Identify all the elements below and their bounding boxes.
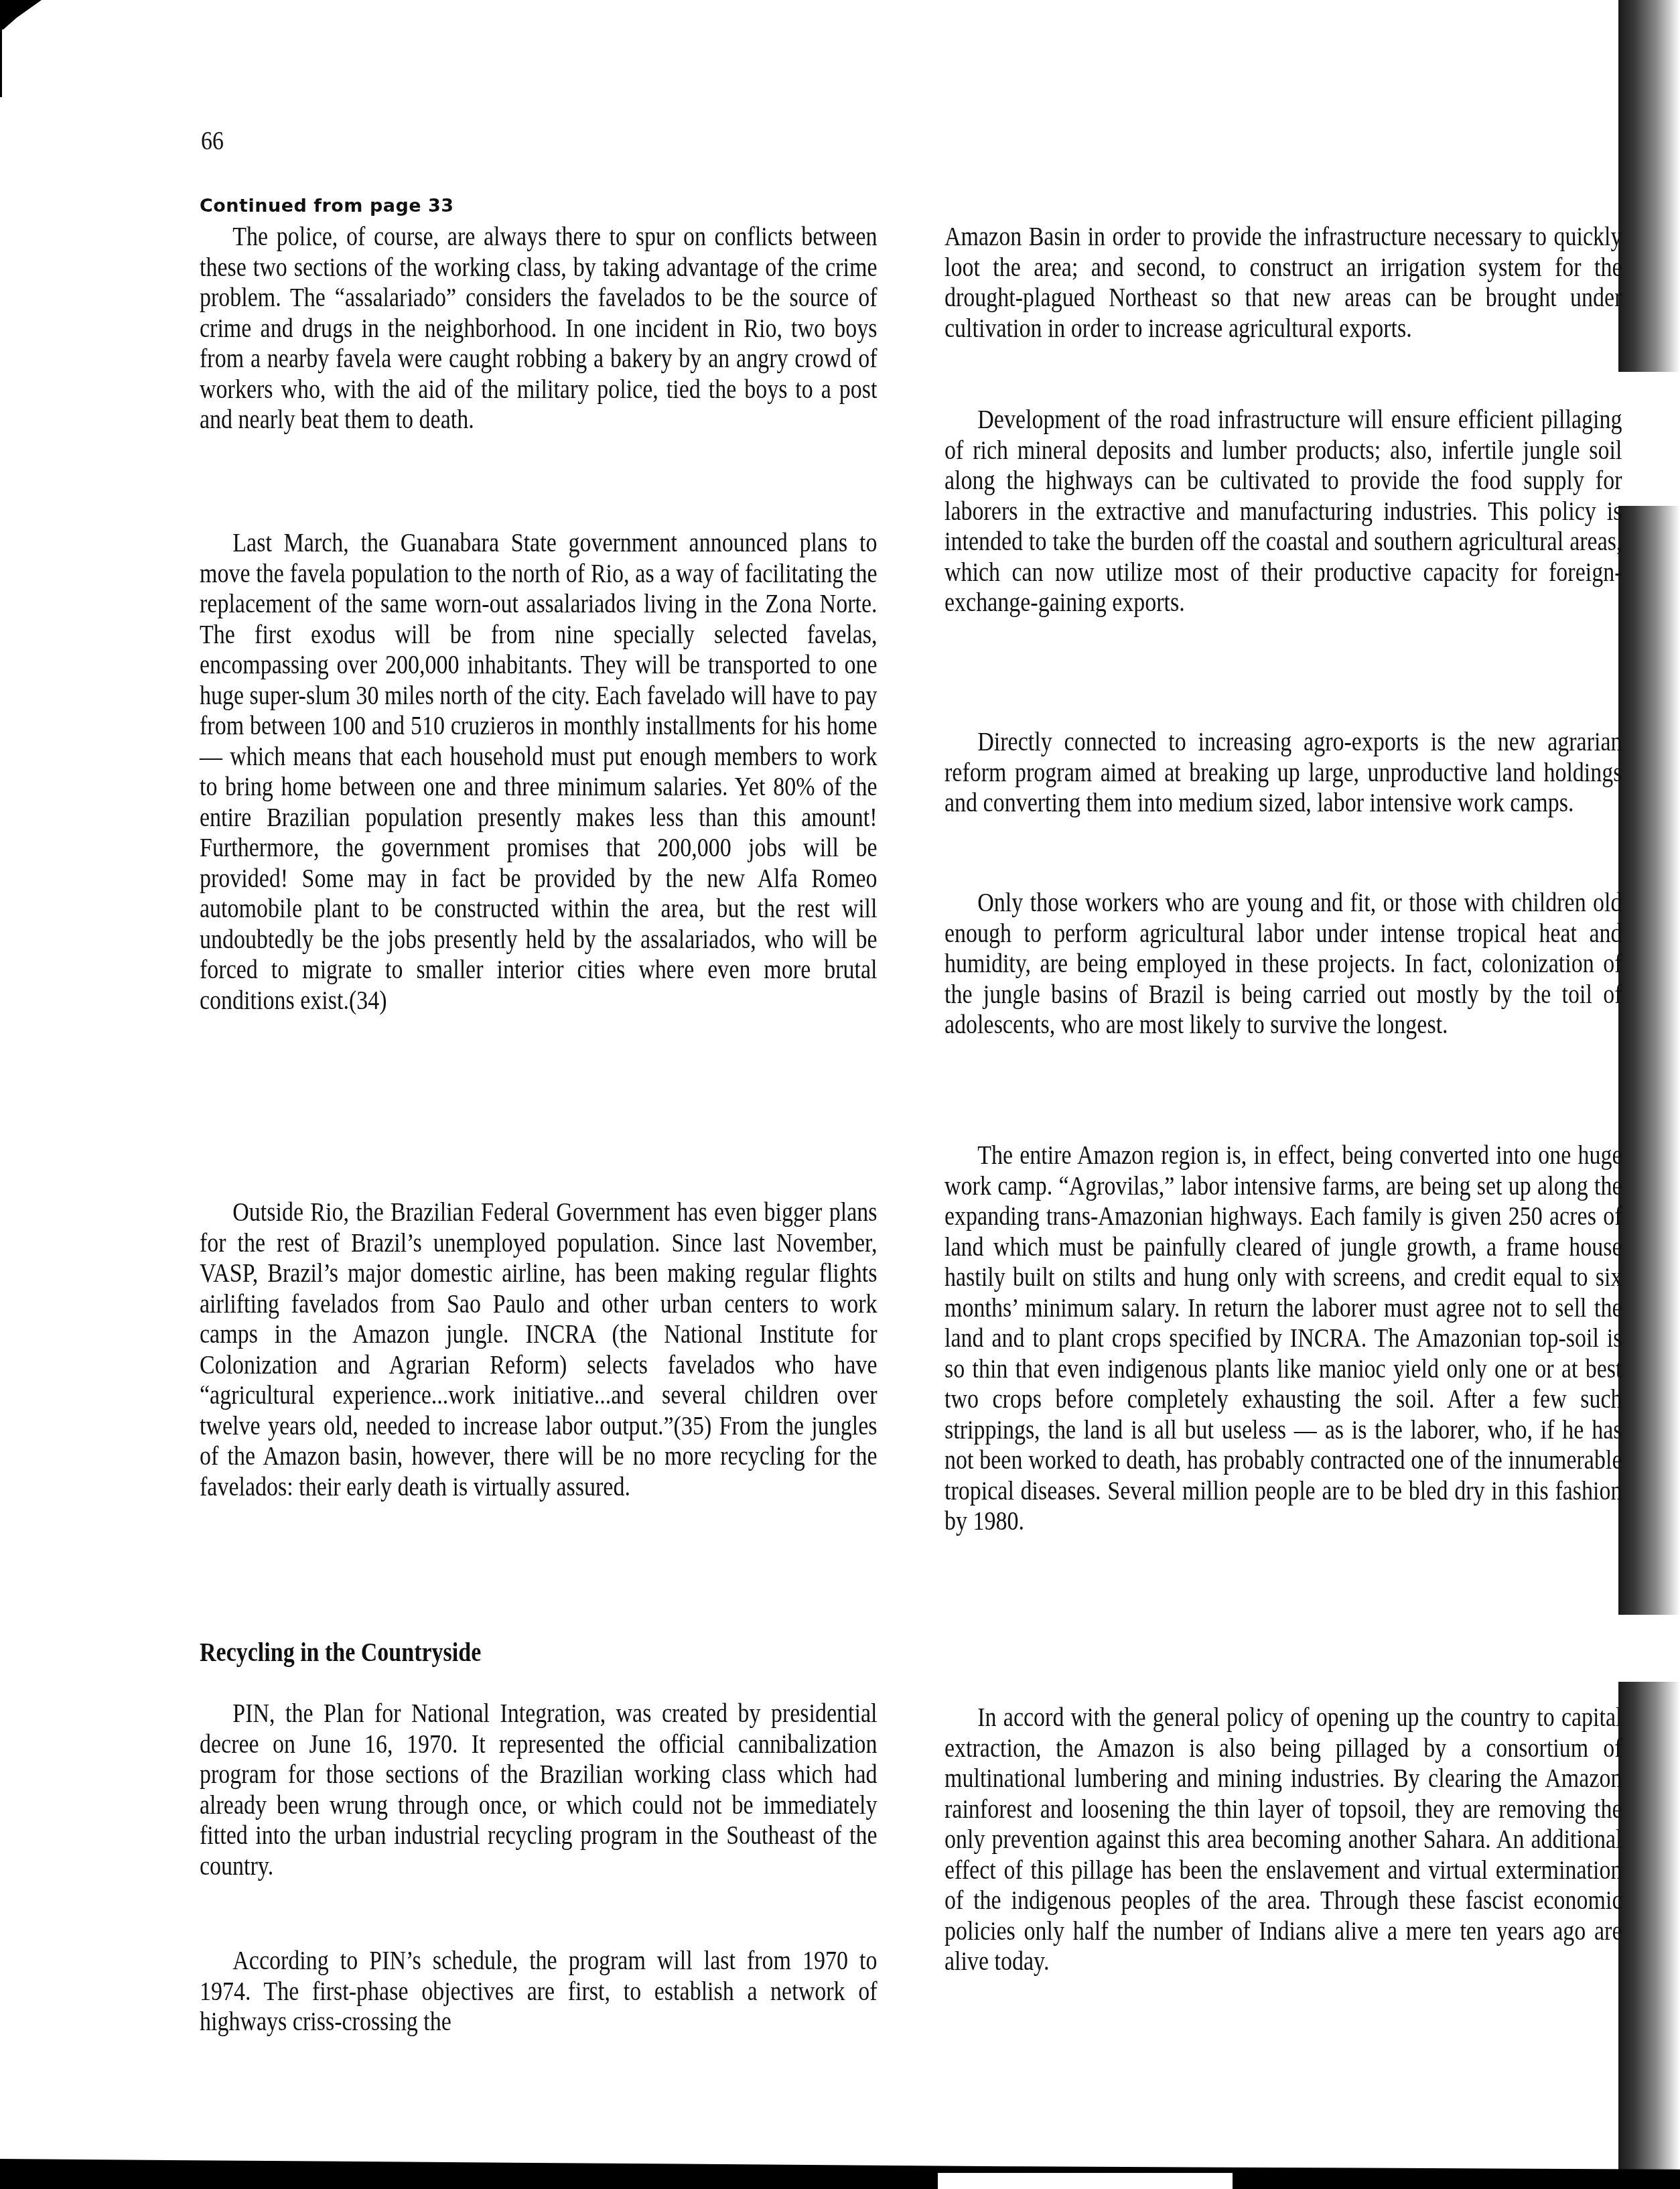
section-heading: Recycling in the Countryside — [200, 1637, 878, 1668]
paragraph: Directly connected to increasing agro-ex… — [944, 726, 1622, 818]
paragraph: Only those workers who are young and fit… — [944, 887, 1622, 1040]
paragraph: Last March, the Guanabara State governme… — [200, 527, 878, 1015]
paragraph: Development of the road infrastructure w… — [944, 404, 1622, 618]
paragraph-text: The police, of course, are always there … — [200, 221, 878, 435]
paragraph-text: Amazon Basin in order to provide the inf… — [944, 221, 1622, 343]
magazine-page: 66 Continued from page 33 The police, of… — [0, 0, 1680, 2189]
continued-from-label: Continued from page 33 — [200, 196, 454, 216]
page-number: 66 — [201, 125, 224, 156]
paragraph: The police, of course, are always there … — [200, 221, 878, 435]
paragraph: Outside Rio, the Brazilian Federal Gover… — [200, 1197, 878, 1502]
paragraph-text: Only those workers who are young and fit… — [944, 887, 1622, 1040]
paragraph-text: Development of the road infrastructure w… — [944, 404, 1622, 618]
scan-binding-shadow-right — [1618, 0, 1680, 2171]
scan-bottom-notch — [938, 2173, 1233, 2189]
paragraph-text: Outside Rio, the Brazilian Federal Gover… — [200, 1197, 878, 1502]
paragraph-text: Last March, the Guanabara State governme… — [200, 527, 878, 1015]
paragraph-text: In accord with the general policy of ope… — [944, 1702, 1622, 1977]
scan-gap — [1618, 372, 1680, 506]
paragraph-text: According to PIN’s schedule, the program… — [200, 1945, 878, 2037]
paragraph: Amazon Basin in order to provide the inf… — [944, 221, 1622, 343]
paragraph-text: The entire Amazon region is, in effect, … — [944, 1140, 1622, 1536]
paragraph: PIN, the Plan for National Integration, … — [200, 1698, 878, 1881]
scan-gap — [1618, 1615, 1680, 1682]
scan-edge-left — [0, 27, 2, 97]
section-heading-block: Recycling in the Countryside — [200, 1637, 878, 1668]
scan-bottom-edge — [0, 2159, 1680, 2189]
paragraph: According to PIN’s schedule, the program… — [200, 1945, 878, 2037]
scan-shadow-top-left — [0, 0, 42, 29]
paragraph: The entire Amazon region is, in effect, … — [944, 1140, 1622, 1536]
paragraph: In accord with the general policy of ope… — [944, 1702, 1622, 1977]
paragraph-text: Directly connected to increasing agro-ex… — [944, 726, 1622, 818]
paragraph-text: PIN, the Plan for National Integration, … — [200, 1698, 878, 1881]
